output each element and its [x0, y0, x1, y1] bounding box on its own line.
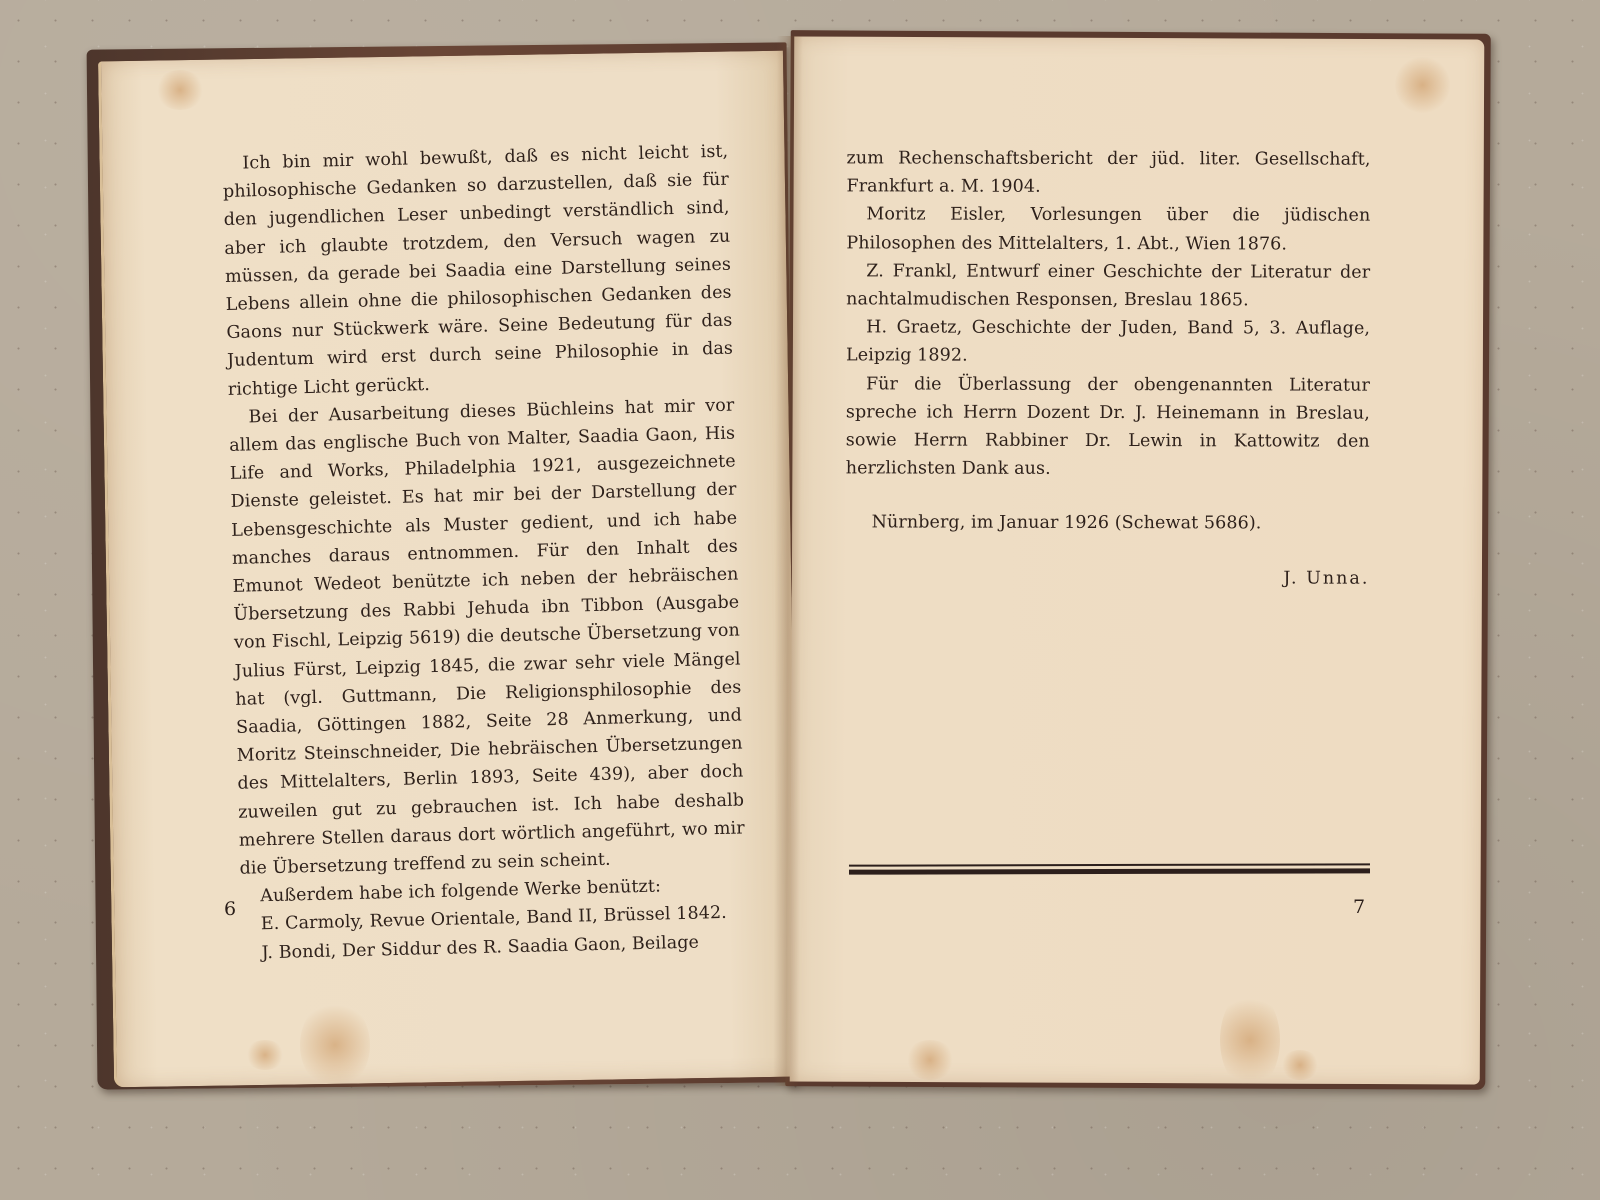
place-date: Nürnberg, im Januar 1926 (Schewat 5686). — [846, 509, 1370, 539]
page-number-right: 7 — [1353, 896, 1365, 918]
left-page-text: Ich bin mir wohl bewußt, daß es nicht le… — [222, 138, 748, 968]
reference-frankl: Z. Frankl, Entwurf einer Geschichte der … — [846, 257, 1370, 315]
reference-graetz: H. Graetz, Geschichte der Juden, Band 5,… — [846, 314, 1370, 372]
acknowledgement: Für die Überlassung der obengenannten Li… — [846, 370, 1370, 484]
paragraph-intro: Ich bin mir wohl bewußt, daß es nicht le… — [222, 138, 734, 404]
reference-eisler: Moritz Eisler, Vorlesungen über die jüdi… — [846, 201, 1370, 259]
reference-continuation: zum Rechenschaftsbericht der jüd. liter.… — [846, 144, 1370, 202]
right-page-text: zum Rechenschaftsbericht der jüd. liter.… — [845, 144, 1370, 592]
page-number-left: 6 — [224, 898, 236, 920]
author-signature: J. Unna. — [845, 563, 1369, 593]
double-rule-divider — [849, 863, 1370, 874]
paragraph-sources: Bei der Ausarbeitung dieses Büchleins ha… — [228, 391, 746, 883]
